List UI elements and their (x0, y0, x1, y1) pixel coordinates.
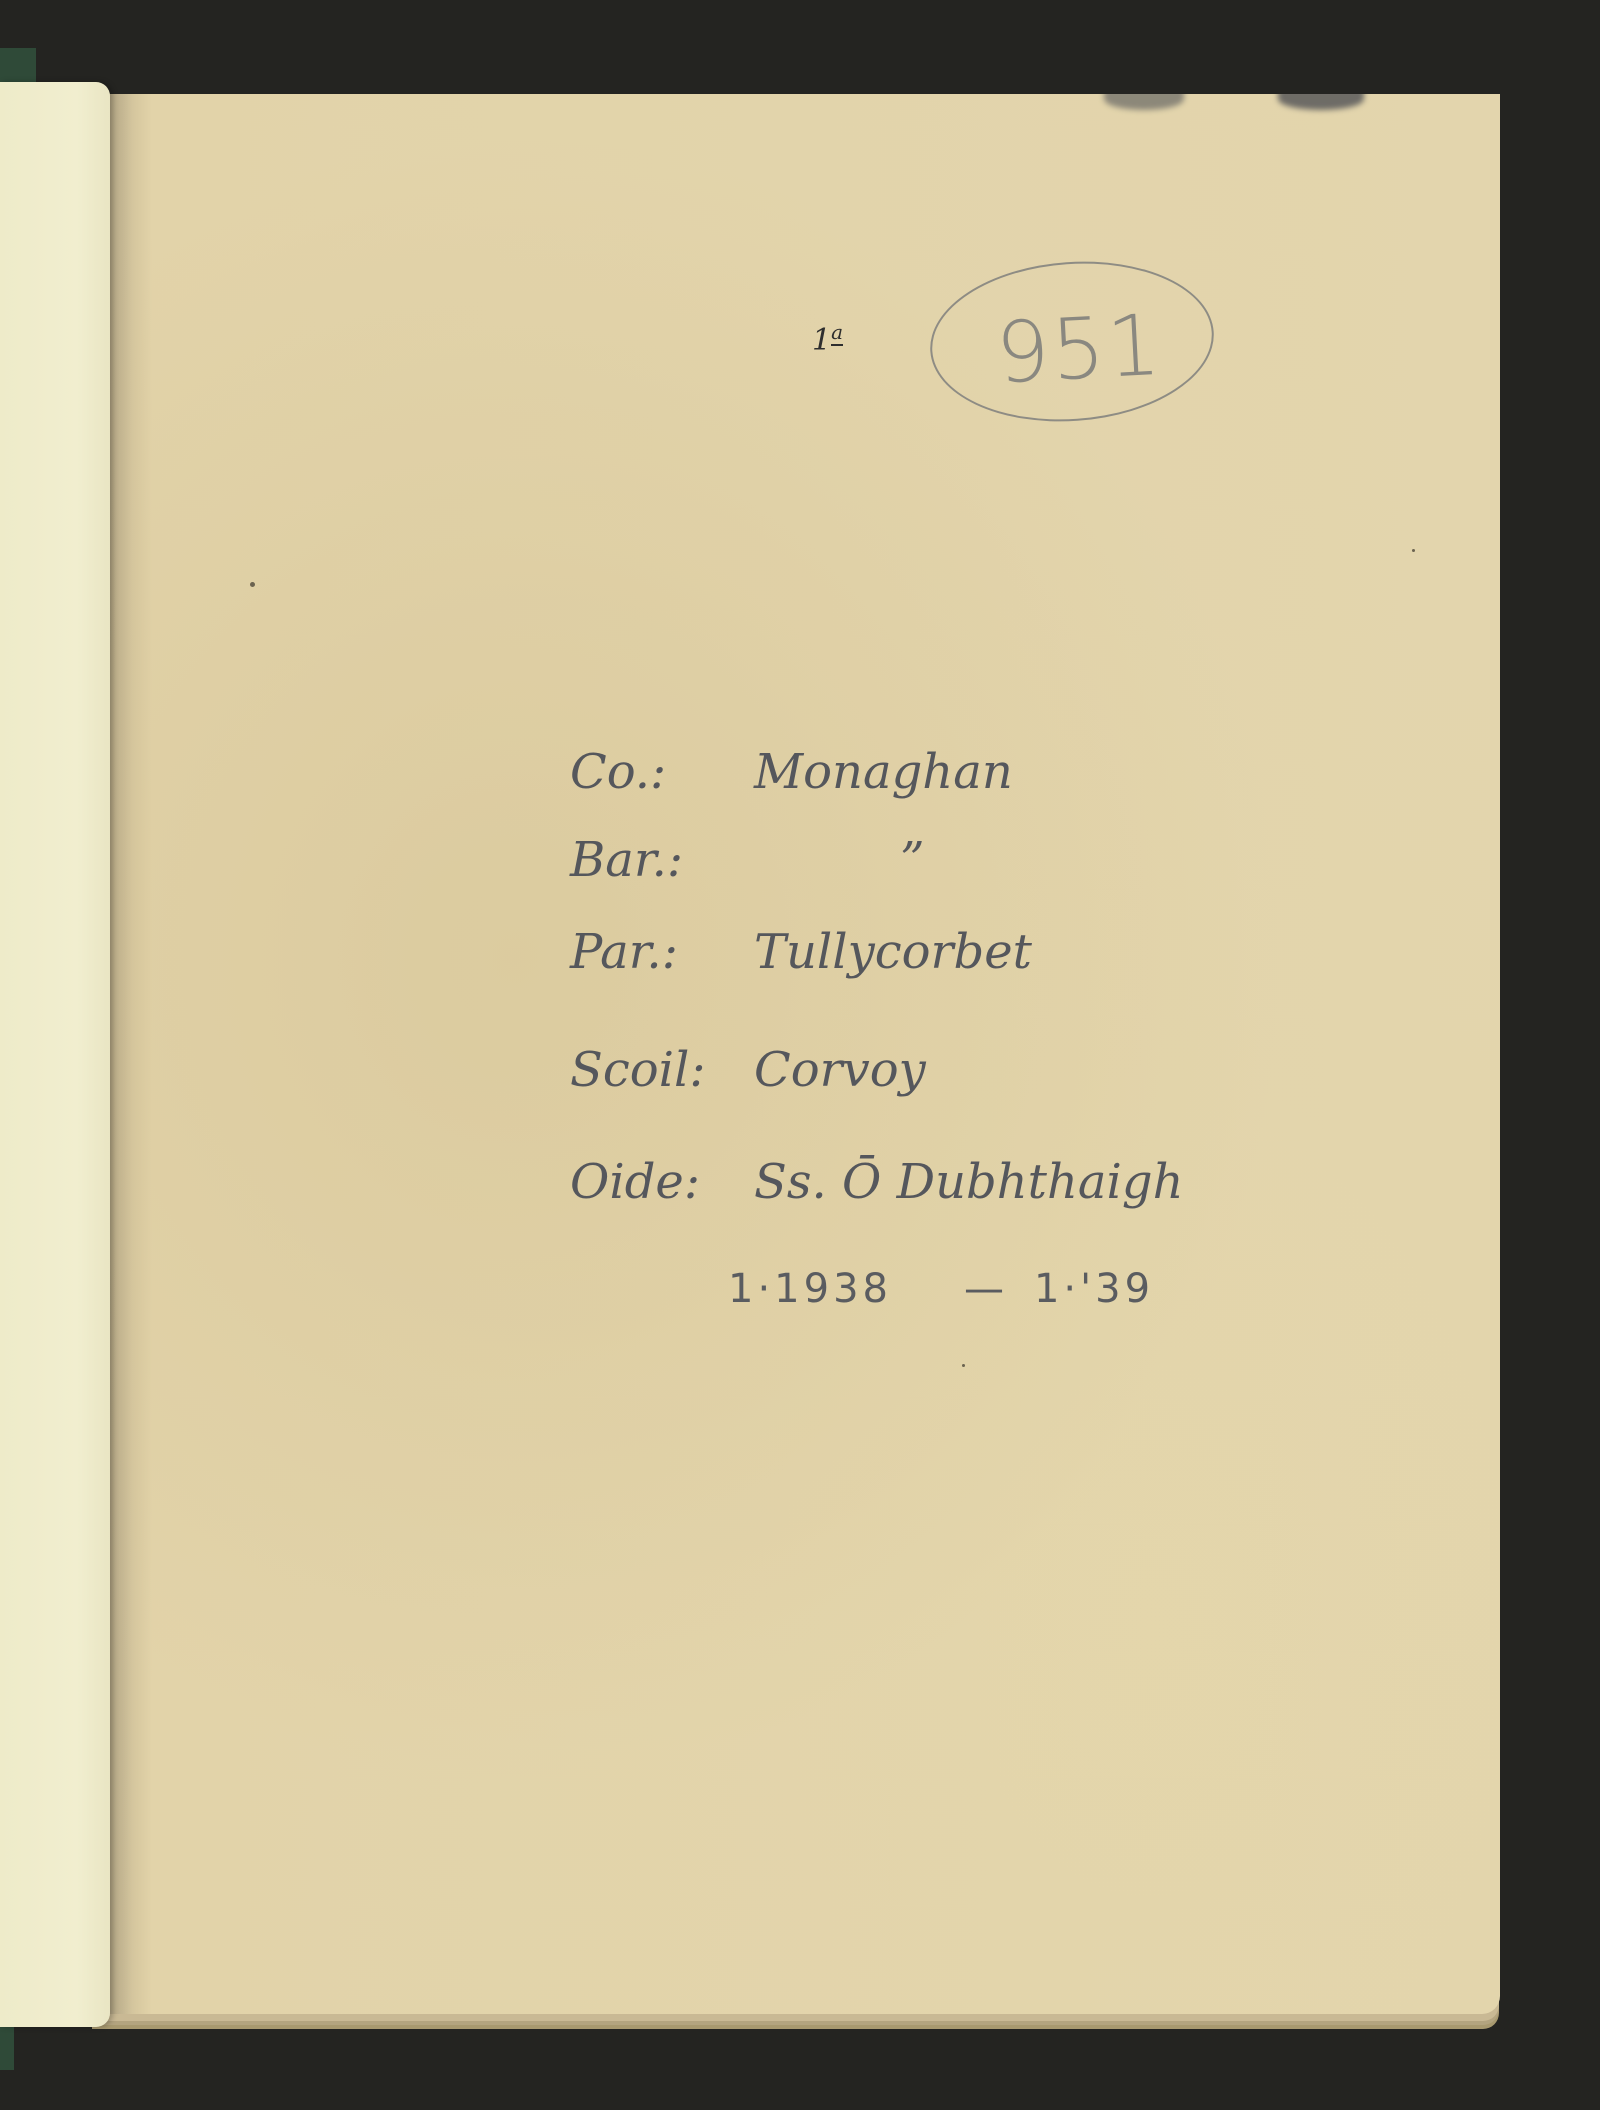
left-page-edge (0, 82, 110, 2027)
date-start: 1·1938 (728, 1266, 892, 1312)
date-end: 1·'39 (1034, 1266, 1154, 1312)
folio-number: 1 (812, 323, 831, 358)
date-range: 1·1938—1·'39 (728, 1266, 1154, 1312)
cover-cloth-top (0, 48, 36, 84)
field-value: Ss. Ō Dubhthaigh (754, 1154, 1184, 1210)
field-label: Co.: (570, 744, 720, 800)
archive-number: 951 (994, 296, 1165, 403)
field-barony: Bar.:” (570, 832, 925, 888)
folio-superscript: a (831, 320, 843, 346)
field-label: Oide: (570, 1154, 720, 1210)
field-school: Scoil:Corvoy (570, 1042, 926, 1098)
field-county: Co.:Monaghan (570, 744, 1013, 800)
field-label: Par.: (570, 924, 720, 980)
ink-stain (1104, 94, 1184, 110)
paper-speck (962, 1364, 965, 1367)
folio-mark: 1a (812, 320, 843, 358)
cover-cloth-bottom (0, 2025, 14, 2070)
field-value: Monaghan (754, 744, 1013, 800)
field-value: Tullycorbet (754, 924, 1032, 980)
ink-stain (1278, 94, 1364, 110)
field-teacher: Oide:Ss. Ō Dubhthaigh (570, 1154, 1184, 1210)
document-page: 1a 951 Co.:Monaghan Bar.:” Par.:Tullycor… (92, 94, 1500, 2014)
date-separator: — (964, 1266, 1008, 1312)
field-parish: Par.:Tullycorbet (570, 924, 1032, 980)
paper-speck (1412, 549, 1415, 552)
paper-speck (250, 582, 255, 587)
field-value: Corvoy (754, 1042, 926, 1098)
field-label: Bar.: (570, 832, 720, 888)
ditto-mark: ” (900, 832, 925, 888)
field-label: Scoil: (570, 1042, 720, 1098)
